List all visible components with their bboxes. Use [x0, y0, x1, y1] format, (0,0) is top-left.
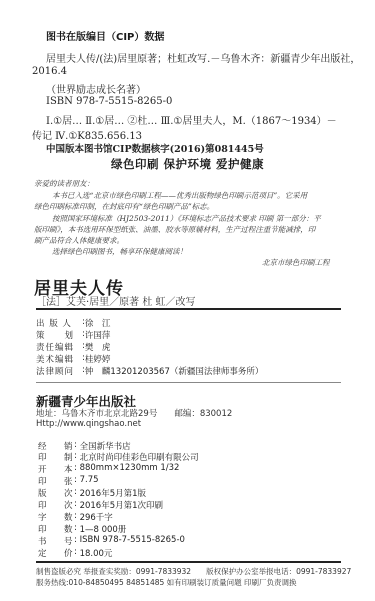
cip-heading: 图书在版编目（CIP）数据	[46, 28, 164, 43]
divider-thin	[36, 382, 341, 383]
publisher-url[interactable]: Http://www.qingshao.net	[36, 419, 141, 429]
notice-signature: 北京市绿色印刷工程	[262, 257, 330, 268]
footer-antipiracy: 制售盗版必究 举报查实奖励：0991-7833932 版权保护办公室举报电话：0…	[36, 566, 351, 577]
spec-row: 印张: 7.75	[38, 475, 99, 487]
credit-label: 责任编辑	[36, 341, 82, 353]
notice-greeting: 亲爱的读者朋友：	[34, 178, 94, 189]
credit-row: 美术编辑: 桂婷婷	[36, 353, 110, 365]
divider-footer	[36, 561, 341, 563]
spec-row: 书号: ISBN 978-7-5515-8265-0	[38, 535, 185, 547]
notice-paragraph: 刷产品符合人体健康要求。	[34, 235, 124, 246]
notice-paragraph: 绿色印刷标准印制，在封底印有“绿色印刷产品”标志。	[34, 201, 214, 212]
credit-label: 出 版 人	[36, 317, 82, 329]
credit-value: 樊 虎	[85, 341, 111, 353]
spec-value: ISBN 978-7-5515-8265-0	[80, 535, 185, 547]
notice-paragraph: 按照国家环境标准（HJ2503-2011）《环境标志产品技术要求 印刷 第一部分…	[52, 213, 321, 224]
footer-service: 服务热线:010-84850495 84851485 如有印刷装订质量问题 印刷…	[36, 577, 297, 588]
spec-row: 字数: 296千字	[38, 511, 113, 523]
spec-value: 296千字	[80, 511, 113, 523]
credit-value: 桂婷婷	[85, 353, 111, 365]
spec-value: 2016年5月第1次印刷	[80, 499, 163, 511]
spec-value: 7.75	[80, 475, 99, 487]
spec-row: 定价: 18.00元	[38, 547, 112, 559]
spec-row: 印制: 北京时尚印佳彩色印刷有限公司	[38, 451, 199, 463]
credit-row: 责任编辑: 樊 虎	[36, 341, 110, 353]
publisher-address: 地址：乌鲁木齐市北京北路29号 邮编：830012	[36, 407, 232, 419]
notice-paragraph: 版印刷》，本书选用环保型纸张、油墨、胶水等原辅材料，生产过程注重节能减排，印	[34, 224, 315, 235]
credit-row: 法律顾问: 钟 麟13201203567（新疆国法律师事务所）	[36, 365, 263, 377]
divider-thick	[36, 308, 341, 310]
credit-label: 美术编辑	[36, 353, 82, 365]
cip-line: Ⅰ.①居… Ⅱ.①居… ②杜… Ⅲ.①居里夫人，M.（1867～1934）－	[46, 112, 337, 127]
cip-line: （世界励志成长名著）	[46, 81, 146, 96]
spec-value: 18.00元	[80, 547, 113, 559]
green-printing-banner: 绿色印刷 保护环境 爱护健康	[0, 156, 375, 172]
credit-value: 钟 麟13201203567（新疆国法律师事务所）	[85, 365, 264, 377]
credit-label: 策 划	[36, 329, 82, 341]
credit-row: 策 划: 许国萍	[36, 329, 110, 341]
spec-row: 开本: 880mm×1230mm 1/32	[38, 463, 179, 475]
cip-line: 居里夫人传/(法)居里原著；杜虹改写.－乌鲁木齐：新疆青少年出版社，	[46, 50, 360, 65]
credit-row: 出 版 人: 徐 江	[36, 317, 110, 329]
credit-value: 徐 江	[85, 317, 111, 329]
credit-value: 许国萍	[85, 329, 111, 341]
cip-line: ISBN 978-7-5515-8265-0	[46, 96, 172, 107]
spec-value: 2016年5月第1版	[80, 487, 146, 499]
notice-paragraph: 本书已入选“北京市绿色印刷工程——优秀出版物绿色印刷示范项目”。它采用	[52, 190, 307, 201]
book-author-line: ［法］艾芙·居里／原著 杜 虹／改写	[36, 293, 196, 308]
spec-value: 880mm×1230mm 1/32	[80, 463, 180, 475]
spec-row: 印数: 1—8 000册	[38, 523, 126, 535]
notice-paragraph: 选择绿色印刷图书，畅享环保健康阅读！	[52, 246, 187, 257]
cip-line: 2016.4	[32, 66, 67, 77]
spec-row: 印次: 2016年5月第1次印刷	[38, 499, 163, 511]
credit-label: 法律顾问	[36, 365, 82, 377]
spec-value: 北京时尚印佳彩色印刷有限公司	[80, 451, 199, 463]
spec-row: 版次: 2016年5月第1版	[38, 487, 146, 499]
cip-line: 传记 Ⅳ.①K835.656.13	[32, 127, 142, 142]
spec-value: 1—8 000册	[80, 523, 127, 535]
cip-data-number: 中国版本图书馆CIP数据核字(2016)第081445号	[46, 141, 264, 155]
